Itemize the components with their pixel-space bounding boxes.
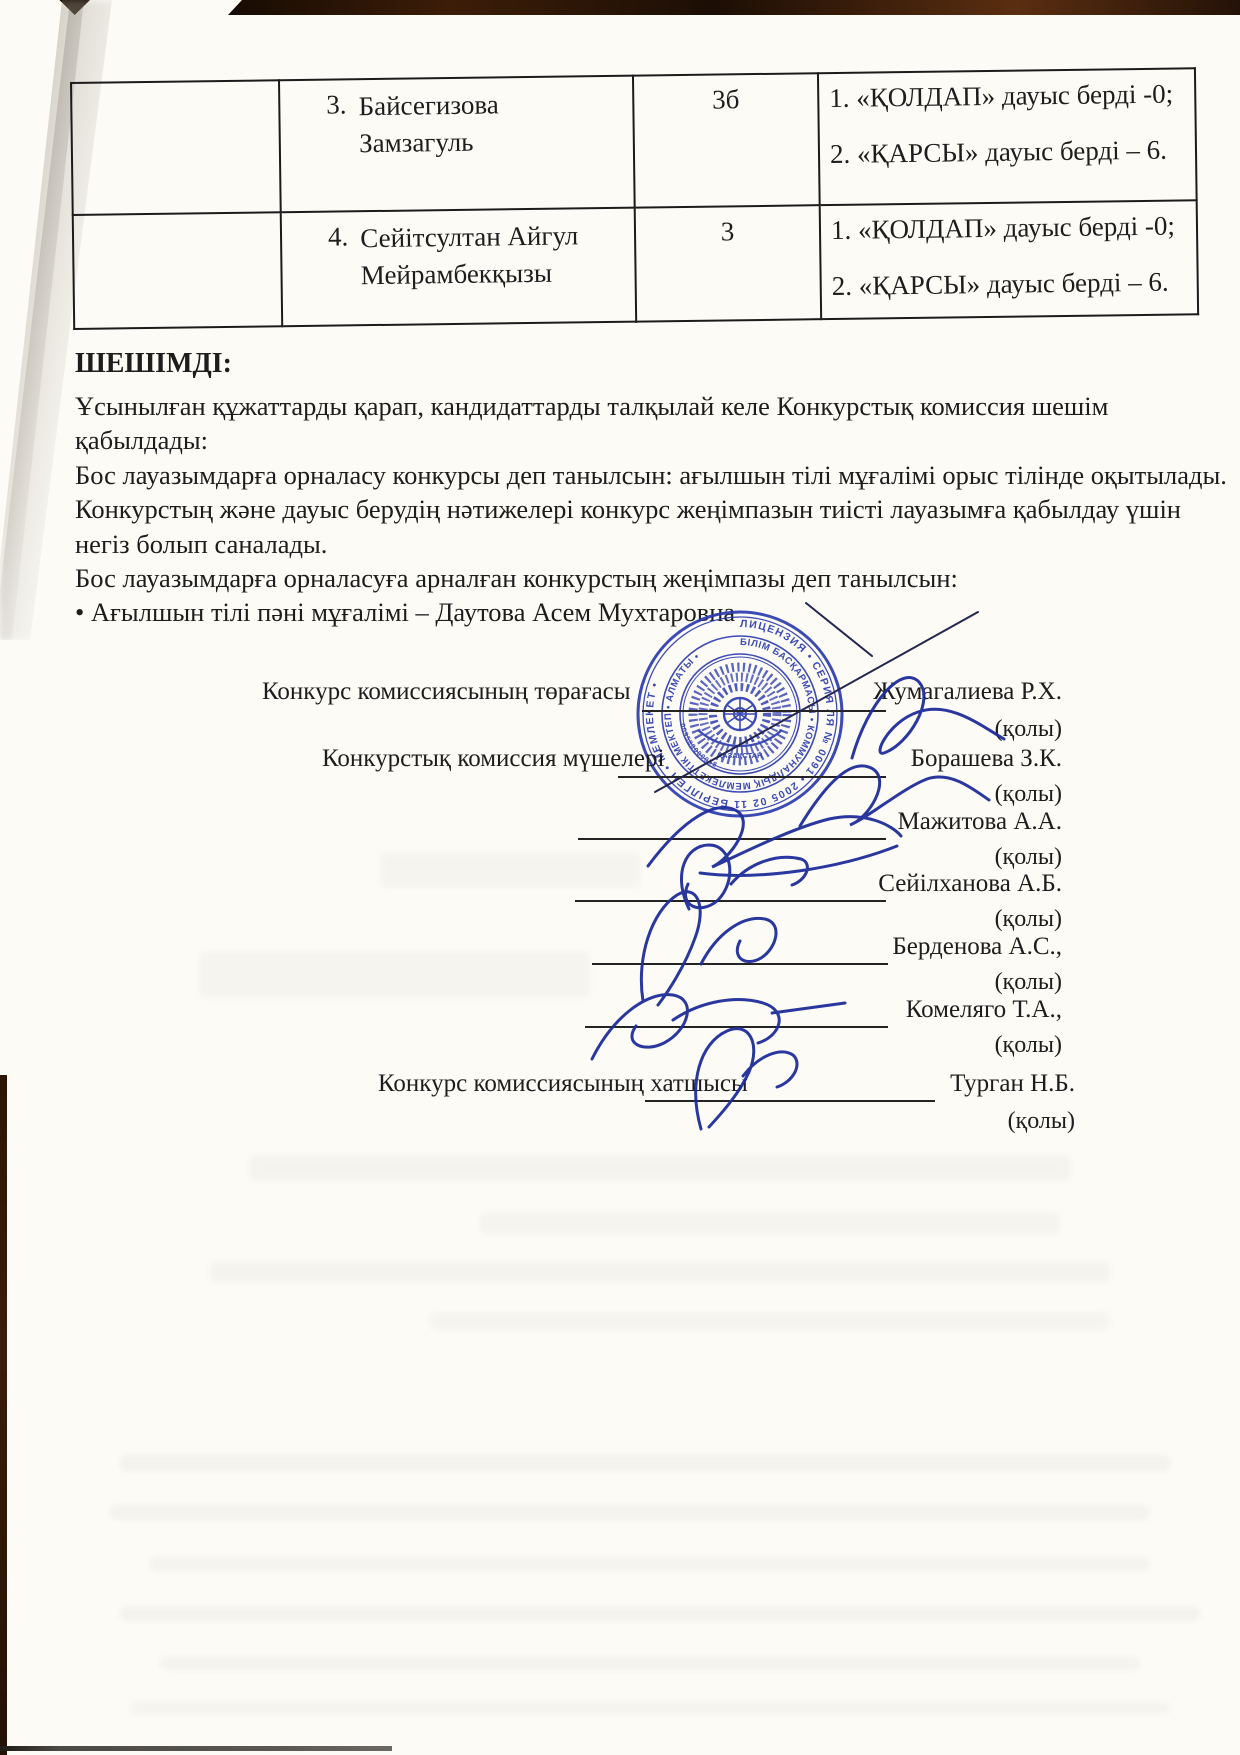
decision-heading: ШЕШІМДІ: bbox=[75, 348, 1160, 380]
signature-ink-komelyago bbox=[592, 995, 845, 1059]
bleed-through-smudge bbox=[120, 1455, 1170, 1471]
candidate-name-line1: Байсегизова bbox=[358, 89, 499, 121]
bleed-through-smudge bbox=[430, 1312, 1110, 1330]
grade-value: 3 bbox=[721, 213, 735, 248]
signature-ink-turgan bbox=[696, 1029, 797, 1129]
bleed-through-smudge bbox=[110, 1505, 1150, 1520]
candidate-number: 4. bbox=[328, 220, 349, 294]
candidate-name-line1: Сейітсултан Айгул bbox=[360, 220, 578, 253]
candidate-name-line2: Мейрамбекқызы bbox=[361, 258, 553, 291]
vote-line-1: 1. «ҚОЛДАП» дауыс берді -0; bbox=[831, 209, 1186, 247]
cell-grade: 3б bbox=[633, 73, 820, 207]
signature-ink-mazhitova bbox=[648, 808, 901, 876]
pen-diagonal-stroke bbox=[655, 612, 978, 792]
cell-vote-result: 1. «ҚОЛДАП» дауыс берді -0; 2. «ҚАРСЫ» д… bbox=[820, 200, 1198, 319]
vote-line-2: 2. «ҚАРСЫ» дауыс берді – 6. bbox=[832, 265, 1187, 303]
bleed-through-smudge bbox=[160, 1657, 1140, 1670]
decision-text-line: Бос лауазымдарға орналасу конкурсы деп т… bbox=[75, 458, 1160, 492]
candidate-name-line2: Замзагуль bbox=[359, 127, 474, 158]
bleed-through-smudge bbox=[150, 1557, 1150, 1571]
signature-ink-zhumagalieva bbox=[852, 677, 1004, 758]
scan-edge-left-strip bbox=[0, 1075, 7, 1755]
handwritten-signatures bbox=[540, 575, 1140, 1175]
decision-text-line: Конкурстың және дауыс берудің нәтижелері… bbox=[75, 492, 1160, 526]
candidate-number: 3. bbox=[326, 88, 347, 162]
cell-grade: 3 bbox=[635, 205, 821, 321]
bleed-through-smudge bbox=[130, 1702, 1170, 1714]
scanned-document-page: 3. Байсегизова Замзагуль 3б 1. «ҚОЛДАП» … bbox=[0, 0, 1240, 1755]
signature-ink-seyilkhanova bbox=[681, 845, 807, 909]
vote-line-1: 1. «ҚОЛДАП» дауыс берді -0; bbox=[829, 77, 1184, 115]
signature-ink-berdenova bbox=[641, 892, 776, 1005]
decision-text-line: Ұсынылған құжаттарды қарап, кандидаттард… bbox=[75, 389, 1160, 423]
scan-edge-bottom-line bbox=[0, 1746, 392, 1751]
bleed-through-smudge bbox=[210, 1262, 1110, 1282]
cell-blank bbox=[71, 80, 281, 215]
scan-edge-top-bar bbox=[228, 0, 1240, 15]
bleed-through-smudge bbox=[480, 1212, 1060, 1234]
decision-text-line: негіз болып саналады. bbox=[75, 527, 1160, 561]
bleed-through-smudge bbox=[120, 1607, 1200, 1621]
cell-blank bbox=[73, 212, 282, 329]
signature-ink-borasheva bbox=[800, 766, 989, 826]
candidates-table: 3. Байсегизова Замзагуль 3б 1. «ҚОЛДАП» … bbox=[70, 68, 1119, 330]
bleed-through-smudge bbox=[200, 952, 590, 998]
decision-text-line: қабылдады: bbox=[75, 423, 1160, 457]
table-row: 4. Сейітсултан Айгул Мейрамбекқызы 3 1. … bbox=[73, 200, 1198, 329]
cell-candidate-name: 4. Сейітсултан Айгул Мейрамбекқызы bbox=[281, 208, 636, 327]
grade-value: 3б bbox=[712, 81, 740, 116]
table-row: 3. Байсегизова Замзагуль 3б 1. «ҚОЛДАП» … bbox=[71, 68, 1197, 215]
cell-vote-result: 1. «ҚОЛДАП» дауыс берді -0; 2. «ҚАРСЫ» д… bbox=[818, 68, 1197, 205]
cell-candidate-name: 3. Байсегизова Замзагуль bbox=[279, 76, 635, 213]
vote-line-2: 2. «ҚАРСЫ» дауыс берді – 6. bbox=[830, 133, 1185, 171]
pen-diagonal-stroke bbox=[806, 603, 872, 656]
